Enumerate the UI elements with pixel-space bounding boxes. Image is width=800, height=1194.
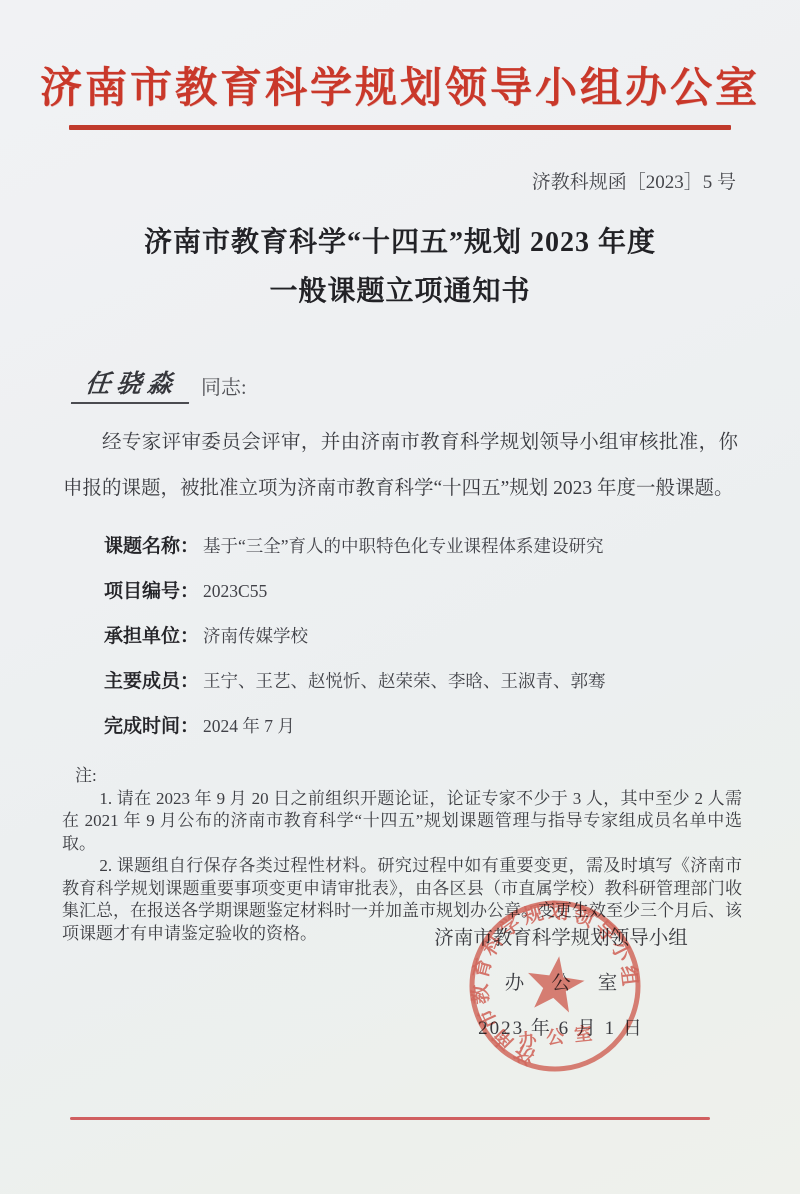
notes-label: 注: <box>62 765 742 788</box>
field-project-number: 项目编号：2023C55 <box>104 579 800 604</box>
document-page: 济南市教育科学规划领导小组办公室 济教科规函［2023］5 号 济南市教育科学“… <box>0 0 800 1194</box>
document-number: 济教科规函［2023］5 号 <box>0 170 736 196</box>
document-title-line1: 济南市教育科学“十四五”规划 2023 年度 <box>0 218 800 267</box>
field-value: 基于“三全”育人的中职特色化专业课程体系建设研究 <box>203 536 604 556</box>
recipient-name-handwritten: 任骁淼 <box>71 364 193 404</box>
field-label: 课题名称： <box>104 536 199 557</box>
recipient-suffix: 同志: <box>201 371 247 404</box>
field-undertaking-unit: 承担单位：济南传媒学校 <box>104 624 800 649</box>
field-value: 2023C55 <box>203 581 267 601</box>
recipient-row: 任骁淼 同志: <box>73 362 800 404</box>
footer-red-rule <box>70 1117 710 1120</box>
document-title: 济南市教育科学“十四五”规划 2023 年度 一般课题立项通知书 <box>0 218 800 316</box>
field-project-name: 课题名称：基于“三全”育人的中职特色化专业课程体系建设研究 <box>104 534 800 559</box>
project-fields: 课题名称：基于“三全”育人的中职特色化专业课程体系建设研究 项目编号：2023C… <box>104 534 800 739</box>
field-completion-time: 完成时间：2024 年 7 月 <box>104 714 800 739</box>
signature-block: 济南市教育科学规划领导小组 办公室 2023 年 6 月 1 日 <box>398 926 724 1042</box>
notes-section: 注: 1. 请在 2023 年 9 月 20 日之前组织开题论证，论证专家不少于… <box>62 765 742 945</box>
document-title-line2: 一般课题立项通知书 <box>0 267 800 316</box>
note-item-1: 1. 请在 2023 年 9 月 20 日之前组织开题论证，论证专家不少于 3 … <box>62 788 742 856</box>
field-label: 主要成员： <box>104 671 199 692</box>
field-value: 济南传媒学校 <box>203 626 308 646</box>
field-label: 完成时间： <box>104 716 199 737</box>
signature-date: 2023 年 6 月 1 日 <box>398 1016 724 1042</box>
letterhead-red-rule <box>69 125 731 130</box>
field-label: 项目编号： <box>104 581 199 602</box>
signature-org: 济南市教育科学规划领导小组 <box>398 926 724 952</box>
field-main-members: 主要成员：王宁、王艺、赵悦忻、赵荣荣、李晗、王淑青、郭骞 <box>104 669 800 694</box>
field-label: 承担单位： <box>104 626 199 647</box>
signature-office: 办公室 <box>398 971 724 997</box>
approval-paragraph: 经专家评审委员会评审，并由济南市教育科学规划领导小组审核批准，你申报的课题，被批… <box>63 420 738 512</box>
letterhead-org-title: 济南市教育科学规划领导小组办公室 <box>0 58 800 120</box>
field-value: 2024 年 7 月 <box>203 716 295 736</box>
field-value: 王宁、王艺、赵悦忻、赵荣荣、李晗、王淑青、郭骞 <box>203 671 606 691</box>
